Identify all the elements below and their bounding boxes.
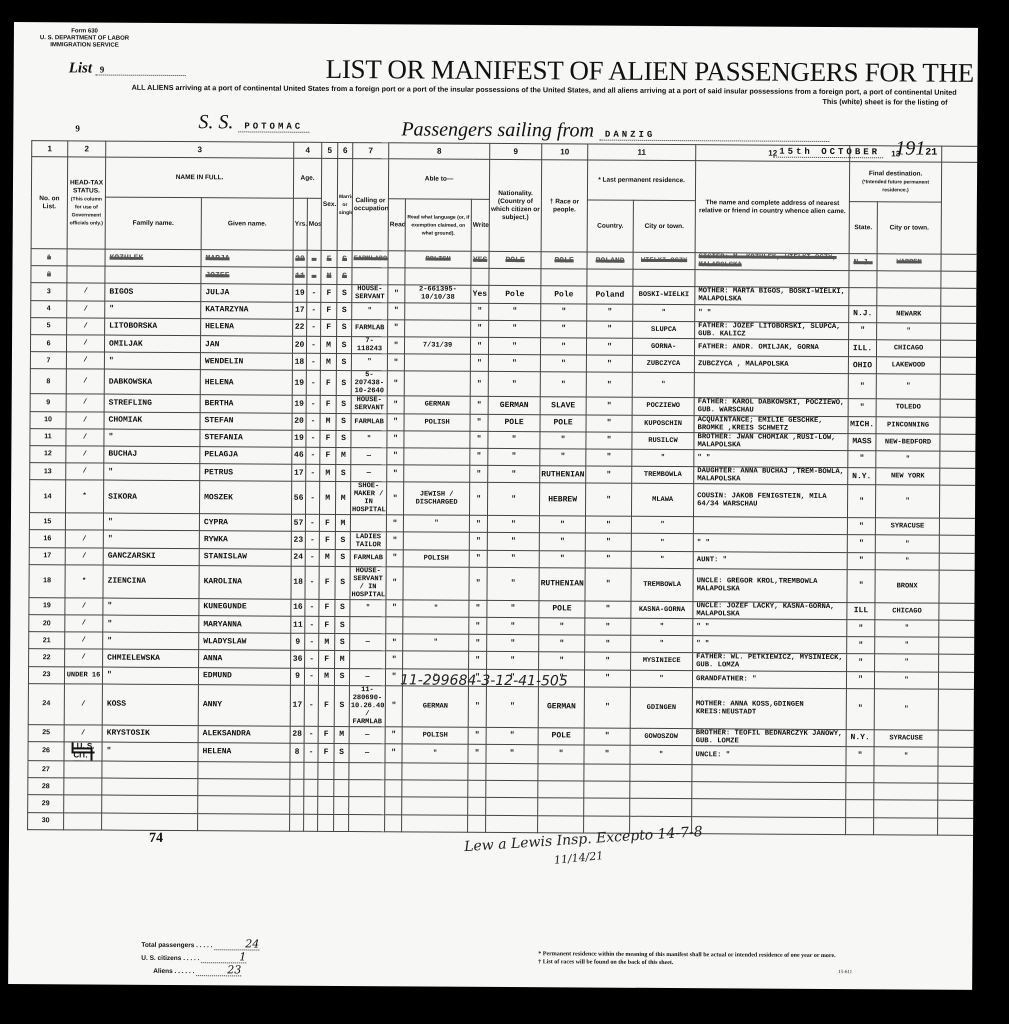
cell-calling: SHOE-MAKER / IN HOSPITAL [351, 482, 387, 515]
cell-given: JAN [200, 336, 292, 354]
cell-family: BUCHAJ [104, 446, 200, 464]
cell-tax: / [64, 725, 102, 742]
cell-city: " [632, 449, 694, 467]
cell-yrs: 19 [292, 396, 306, 413]
cell-dcity [874, 766, 938, 784]
cell-read: " [386, 515, 403, 532]
cell-calling: — [351, 465, 387, 482]
header-no-on-list: No. on List. [31, 157, 68, 249]
cell-no: 3 [31, 283, 67, 300]
cell-given: MARYANNA [199, 616, 291, 634]
cell-country: " [586, 415, 632, 432]
cell-yrs: 11 [293, 267, 307, 284]
cell-no: 18 [29, 564, 65, 597]
cell-no: 7 [30, 352, 66, 369]
cell-dcity: PINCONNING [876, 416, 940, 434]
cell-tax [67, 266, 105, 283]
cell-family: CHMIELEWSKA [103, 649, 199, 667]
header-read-language: Read what language (or, if exemption cla… [405, 199, 471, 251]
cell-read: " [386, 600, 403, 617]
cell-read: " [386, 567, 403, 600]
cell-family: DABKOWSKA [104, 369, 200, 395]
cell-tax [65, 513, 103, 530]
cell-given: WLADYSLAW [199, 633, 291, 651]
cell-no: 25 [28, 724, 64, 741]
cell-race: " [540, 355, 586, 372]
cell-mos: - [305, 633, 319, 650]
cell-nat: " [488, 483, 540, 516]
cell-nat: " [487, 550, 539, 568]
cell-ms: S [334, 743, 349, 762]
cell-nat: " [487, 652, 539, 670]
cell-family: LITOBORSKA [105, 318, 201, 336]
cell-calling [350, 651, 386, 668]
cell-read: " [387, 465, 404, 482]
cell-calling: HOUSE-SERVANT / IN HOSPITAL [350, 566, 386, 599]
header-family-name: Family name. [105, 197, 201, 250]
cell-country: " [585, 533, 631, 550]
cell-city: BOSKI-WIELKI [633, 287, 695, 305]
cell-calling: — [349, 668, 385, 685]
passenger-rows: 1KOZULEKMARJA20-FSFARMLABOURERPOLISHYESP… [28, 249, 978, 835]
cell-country [584, 764, 630, 781]
cell-family: " [104, 352, 200, 370]
cell-country: Poland [587, 286, 633, 303]
cell-dcity: BRONX [875, 570, 939, 603]
cell-family: " [105, 301, 201, 319]
cell-calling: FARMLAB [351, 413, 387, 430]
cell-nat: " [486, 727, 538, 745]
cell-read: " [387, 448, 404, 465]
cell-yrs [290, 762, 304, 779]
cell-relative: ZUBCZYCA , MALAPOLSKA [694, 356, 848, 374]
cell-read: " [388, 285, 405, 302]
cell-given: MARJA [201, 250, 293, 268]
cell-read: " [387, 396, 404, 413]
cell-dcity: " [877, 323, 941, 341]
cell-sex: F [319, 651, 335, 668]
cell-calling [350, 515, 386, 532]
cell-country: " [585, 568, 631, 601]
cell-nat: " [488, 448, 540, 466]
cell-tax: / [66, 411, 104, 428]
cell-calling: 11-280690-10.26.40 / FARMLAB [349, 685, 385, 726]
cell-write: " [471, 320, 489, 337]
cell-tax [64, 778, 102, 795]
cell-state: " [847, 518, 875, 535]
cell-read: " [387, 430, 404, 447]
cell-nat: " [488, 355, 540, 373]
cell-sex: M [320, 354, 336, 371]
cell-yrs: 46 [292, 447, 306, 464]
cell-mos: - [306, 371, 320, 396]
cell-state: ILL [847, 602, 875, 619]
table-row: 24/KOSSANNY17-FS11-280690-10.26.40 / FAR… [28, 683, 974, 730]
cell-race: " [541, 303, 587, 320]
cell-family: " [103, 530, 199, 548]
cell-nat: " [489, 303, 541, 321]
cell-yrs: 9 [290, 668, 304, 685]
cell-write [468, 780, 486, 797]
cell-lang: JEWISH / DISCHARGED [404, 482, 470, 515]
cell-state [849, 288, 877, 305]
cell-ms: S [335, 634, 350, 651]
cell-city: MYSINIECE [631, 653, 693, 671]
cell-sex: F [318, 726, 334, 743]
cell-mos: - [304, 726, 318, 743]
header-married: Married or single. [337, 158, 353, 250]
cell-given [198, 796, 290, 814]
header-given-name: Given name. [201, 198, 293, 251]
cell-relative: FATHER: JOZEF LITOBORSKI, SLUPCA, GUB. K… [695, 321, 849, 339]
cell-yrs: 18 [292, 353, 306, 370]
cell-given: JOZEF [201, 267, 293, 285]
cell-race: " [540, 431, 586, 448]
cell-given: BERTHA [200, 395, 292, 413]
cell-city: MLAWA [632, 484, 694, 517]
cell-ms: S [337, 336, 352, 353]
cell-mos: - [305, 566, 319, 599]
cell-calling [350, 617, 386, 634]
cell-lang: GERMAN [402, 686, 468, 727]
cell-nat: " [489, 320, 541, 338]
cell-write: " [470, 431, 488, 448]
cell-yrs: 56 [292, 481, 306, 514]
cell-family [102, 795, 198, 813]
cell-yrs: 17 [293, 302, 307, 319]
cell-country: " [585, 551, 631, 568]
cell-no: 26 [28, 742, 64, 761]
cell-calling [349, 797, 385, 814]
cell-write: " [470, 372, 488, 397]
cell-ms [334, 814, 349, 831]
cell-mos: - [304, 743, 318, 762]
manifest-sheet: Form 630 U. S. DEPARTMENT OF LABOR IMMIG… [8, 22, 978, 990]
cell-given: KUNEGUNDE [199, 598, 291, 616]
cell-calling: FARMLAB [350, 549, 386, 566]
cell-lang: " [403, 600, 469, 618]
cell-write [471, 268, 489, 285]
cell-calling [352, 268, 388, 285]
cell-state: " [849, 322, 877, 339]
cell-lang [404, 371, 470, 396]
cell-no: 28 [28, 778, 64, 795]
cell-lang: POLISH [404, 413, 470, 431]
cell-dcity: " [875, 620, 939, 638]
cell-nat: " [487, 600, 539, 618]
cell-read: " [385, 686, 402, 727]
cell-relative: UNCLE: " [692, 746, 846, 766]
cell-yrs: 22 [293, 319, 307, 336]
cell-dcity: " [874, 671, 938, 689]
cell-relative: " " [695, 304, 849, 322]
cell-ms: S [336, 413, 351, 430]
cell-relative [692, 816, 846, 834]
cell-ms: S [337, 285, 352, 302]
cell-tax: UNDER 16 [64, 666, 102, 683]
cell-ms: M [336, 447, 351, 464]
cell-calling [349, 814, 385, 831]
cell-nat: " [486, 686, 538, 727]
cell-state: OHIO [848, 357, 876, 374]
header-nationality: Nationality. (Country of which citizen o… [489, 159, 542, 251]
cell-write: YES [471, 251, 489, 268]
cell-race [538, 815, 584, 832]
cell-lang: POLISH [402, 727, 468, 745]
cell-nat: POLE [489, 251, 541, 269]
cell-lang: 7/31/39 [405, 337, 471, 355]
certificate-number-annotation: 11-299684-3-12-41-505 [400, 672, 568, 689]
cell-write: " [469, 516, 487, 533]
cell-race: " [541, 320, 587, 337]
cell-city: SLUPCA [633, 321, 695, 339]
cell-tax: / [65, 530, 103, 547]
cell-read [388, 268, 405, 285]
cell-lang [403, 567, 469, 600]
cell-sex: F [321, 285, 337, 302]
cell-race: POLE [539, 601, 585, 618]
cell-relative: BROTHER: JWAN CHOMIAK ,RUSI-LOW, MALAPOL… [694, 432, 848, 450]
cell-city: TREMBOWLA [632, 466, 694, 484]
cell-mos: - [306, 482, 320, 515]
cell-state: " [847, 535, 875, 552]
cell-tax: / [65, 632, 103, 649]
cell-dcity [874, 783, 938, 801]
cell-no: 14 [30, 480, 66, 513]
cell-yrs [290, 797, 304, 814]
cell-state: N.Y. [846, 729, 874, 746]
cell-write: " [469, 600, 487, 617]
cell-nat: Pole [489, 286, 541, 304]
cell-sex: F [321, 319, 337, 336]
cell-read [385, 780, 402, 797]
cell-city: " [631, 618, 693, 636]
cell-city [630, 764, 692, 782]
cell-no: 16 [29, 530, 65, 547]
cell-race: " [539, 516, 585, 533]
cell-tax: / [66, 369, 104, 394]
cell-nat: " [488, 465, 540, 483]
header-mos: Mos. [307, 198, 321, 250]
cell-country: " [587, 304, 633, 321]
cell-country: " [584, 670, 630, 687]
cell-yrs: 57 [291, 514, 305, 531]
cell-tax: / [65, 547, 103, 564]
cell-write: " [470, 414, 488, 431]
cell-mos: - [305, 549, 319, 566]
cell-write [468, 815, 486, 832]
cell-city: ZUBCZYCA [632, 355, 694, 373]
cell-state: N.J. [849, 254, 877, 271]
cell-race: RUTHENIAN [539, 568, 585, 601]
cell-tax: / [65, 598, 103, 615]
form-code: 15-611 [838, 970, 852, 975]
cell-ms: S [336, 430, 351, 447]
passenger-table: 1 2 3 4 5 6 7 8 9 10 11 12 13 No. on Lis… [27, 140, 978, 835]
cell-lang [404, 431, 470, 449]
cell-nat: GERMAN [488, 397, 540, 415]
cell-lang: " [403, 515, 469, 533]
cell-city [633, 269, 695, 287]
cell-relative: GRANDFATHER: " [692, 670, 846, 688]
cell-write: " [470, 483, 488, 516]
cell-lang: GERMAN [404, 396, 470, 414]
cell-sex: F [320, 430, 336, 447]
cell-lang [404, 465, 470, 483]
cell-family: ZIENCINA [103, 565, 199, 599]
cell-state: " [847, 569, 875, 602]
cell-relative: " " [693, 534, 847, 552]
header-city: City or town. [633, 200, 695, 252]
cell-mos [304, 779, 318, 796]
cell-lang: 2-661395-10/10/38 [405, 285, 471, 303]
cell-race: " [540, 449, 586, 466]
cell-yrs: 24 [291, 549, 305, 566]
cell-race: " [540, 372, 586, 397]
cell-mos: - [307, 319, 321, 336]
cell-no: 23 [28, 666, 64, 683]
cell-no: 20 [29, 615, 65, 632]
cell-sex: M [318, 668, 334, 685]
cell-race: POLE [538, 727, 584, 744]
cell-mos: - [307, 285, 321, 302]
cell-given [198, 813, 290, 831]
cell-race: Pole [541, 286, 587, 303]
cell-state: N.J. [849, 305, 877, 322]
cell-mos: - [306, 396, 320, 413]
cell-relative: MOTHER: ANNA KOSS,GDINGEN KREIS:NEUSTADT [692, 687, 846, 729]
cell-family: " [103, 598, 199, 616]
cell-ms: S [335, 532, 350, 549]
cell-no: 9 [30, 394, 66, 411]
cell-given: PELAGJA [200, 447, 292, 465]
cell-mos: - [305, 651, 319, 668]
cell-write: " [470, 448, 488, 465]
cell-tax: / [67, 283, 105, 300]
cell-dcity: " [876, 451, 940, 469]
cell-tax: / [64, 684, 102, 725]
cell-city: GORNA- [633, 338, 695, 356]
header-sex: Sex. [321, 158, 338, 250]
cell-relative: MOTHER: MARTA BIGOS, BOSKI-WIELKI, MALAP… [695, 287, 849, 305]
cell-calling: " [351, 430, 387, 447]
list-number-left: 9 [75, 123, 80, 133]
cell-relative: UNCLE: JOZEF LACKY, KASNA-GORNA, MALAPOL… [693, 601, 847, 619]
cell-yrs: 11 [291, 616, 305, 633]
cell-tax: U. S. CIT. [64, 742, 102, 761]
cell-sex: F [320, 396, 336, 413]
cell-dcity: " [876, 374, 940, 399]
cell-tax [67, 249, 105, 266]
cell-ms: S [335, 566, 350, 599]
cell-sex: M [320, 464, 336, 481]
cell-calling: 7-118243 [352, 337, 388, 354]
cell-country: " [587, 338, 633, 355]
cell-nat: " [487, 516, 539, 534]
cell-sex [318, 814, 334, 831]
cell-country: " [586, 397, 632, 414]
cell-lang [405, 320, 471, 338]
cell-nat: " [487, 533, 539, 551]
cell-no: 17 [29, 547, 65, 564]
cell-race [538, 764, 584, 781]
cell-country: " [585, 516, 631, 533]
cell-country: " [586, 355, 632, 372]
cell-sex: F [321, 250, 337, 267]
cell-relative [694, 373, 848, 399]
cell-relative [692, 782, 846, 800]
cell-read: " [386, 549, 403, 566]
cell-country: " [584, 728, 630, 745]
cell-given: STANISLAW [199, 548, 291, 566]
header-country: Country. [587, 200, 633, 252]
cell-nat: " [489, 337, 541, 355]
cell-sex: F [319, 532, 335, 549]
header-dest-city: City or town. [877, 202, 941, 254]
header-relative: The name and complete address of nearest… [695, 161, 850, 254]
cell-nat: POLE [488, 414, 540, 432]
cell-no: 30 [28, 812, 64, 829]
sailing-line: Passengers sailing from DANZIG [401, 118, 829, 144]
subtitle-continued: This (white) sheet is for the listing of [823, 97, 948, 107]
cell-family [102, 778, 198, 796]
cell-read [386, 617, 403, 634]
cell-relative [695, 270, 849, 288]
cell-write: " [469, 652, 487, 669]
cell-dcity: " [875, 654, 939, 672]
cell-ms: S [334, 685, 349, 726]
cell-sex [318, 762, 334, 779]
cell-state [846, 783, 874, 800]
cell-country: " [586, 432, 632, 449]
cell-mos: - [307, 302, 321, 319]
cell-relative: " " [693, 619, 847, 637]
cell-sex: F [318, 685, 334, 726]
cell-sex: M [321, 268, 337, 285]
cell-read [385, 797, 402, 814]
header-calling: Calling or occupation. [352, 159, 389, 251]
cell-dcity [877, 271, 941, 289]
cell-race: " [539, 635, 585, 652]
cell-no: 4 [31, 300, 67, 317]
cell-calling: — [351, 447, 387, 464]
cell-given: HELENA [198, 743, 290, 763]
cell-nat: " [488, 431, 540, 449]
cell-country: " [584, 687, 630, 728]
cell-tax: * [65, 565, 103, 598]
cell-city [630, 799, 692, 817]
cell-sex: F [319, 515, 335, 532]
cell-write: " [470, 465, 488, 482]
cell-dcity: SYRACUSE [874, 730, 938, 748]
cell-mos: - [306, 413, 320, 430]
cell-family: SIKORA [104, 480, 200, 514]
cell-yrs: 8 [290, 743, 304, 762]
cell-city: KUPOSCHIN [632, 415, 694, 433]
cell-country [584, 781, 630, 798]
cell-dcity: LAKEWOOD [876, 357, 940, 375]
cell-relative: DAUGHTER: ANNA BUCHAJ ,TREM-BOWLA, MALAP… [694, 467, 848, 485]
cell-tax [64, 761, 102, 778]
cell-no: 10 [30, 411, 66, 428]
cell-read: " [388, 302, 405, 319]
cell-ms: S [334, 668, 349, 685]
cell-dcity: " [874, 689, 938, 730]
cell-state: " [848, 450, 876, 467]
cell-nat: " [487, 617, 539, 635]
cell-state: MICH. [848, 416, 876, 433]
cell-family: " [103, 513, 199, 531]
